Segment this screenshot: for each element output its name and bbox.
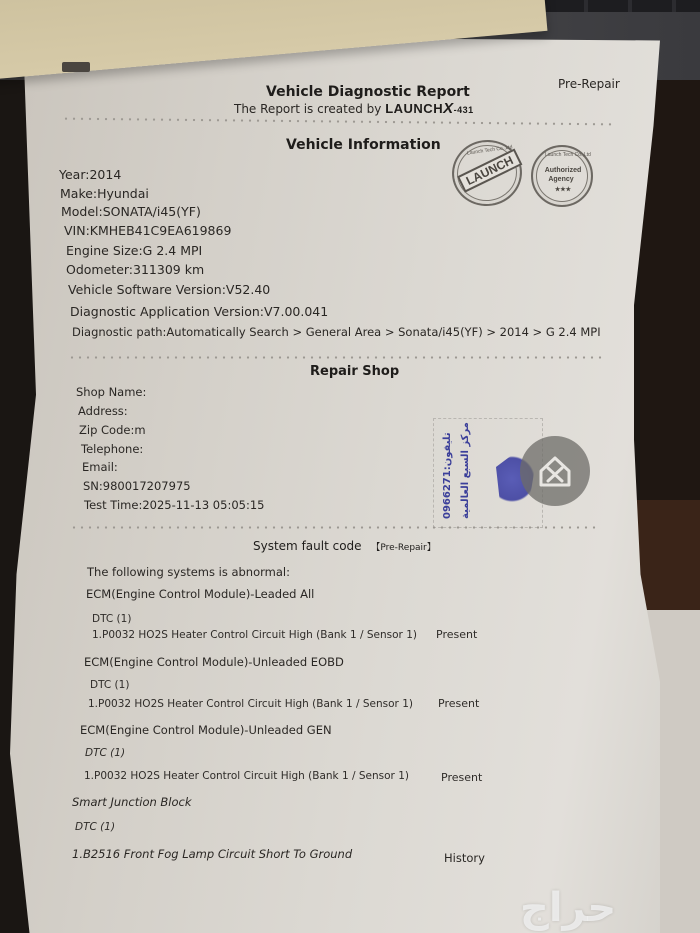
repair-shop-heading: Repair Shop [310,364,399,379]
divider-dotted [62,117,614,126]
field-shop-name: Shop Name: [76,385,146,399]
fault-code-heading: System fault code 【Pre-Repair】 [253,539,436,553]
field-email: Email: [82,460,118,474]
dtc-count: DTC (1) [92,613,131,625]
field-software-version: Vehicle Software Version:V52.40 [68,282,270,297]
field-telephone: Telephone: [81,442,143,456]
dtc-count: DTC (1) [90,679,129,691]
agency-stamp-line1: Authorized [543,167,583,175]
haraj-watermark: حراج [520,885,616,931]
dtc-status: Present [441,771,482,784]
dtc-code: 1.P0032 HO2S Heater Control Circuit High… [92,629,417,641]
field-make: Make:Hyundai [60,186,149,201]
agency-stamp-stars: ★★★ [543,186,583,194]
divider-dotted [70,526,600,529]
fault-code-heading-text: System fault code [253,539,362,553]
shop-stamp-phone: 0966271:تليفون [442,432,453,519]
fault-code-heading-tag: 【Pre-Repair】 [371,543,435,553]
vehicle-info-heading: Vehicle Information [286,137,441,153]
dtc-code: 1.P0032 HO2S Heater Control Circuit High… [84,770,409,782]
report-content: Vehicle Diagnostic Report The Report is … [0,0,700,933]
launch-brand-logo: LAUNCHX-431 [385,101,473,116]
field-app-version: Diagnostic Application Version:V7.00.041 [70,304,328,319]
dtc-count: DTC (1) [85,747,125,759]
field-zip-code: Zip Code:m [79,423,146,437]
system-name: ECM(Engine Control Module)-Unleaded EOBD [84,655,344,669]
agency-stamp-line2: Agency [543,176,579,184]
authorized-agency-stamp: Launch Tech Co.,Ltd Authorized Agency ★★… [531,145,593,207]
field-model: Model:SONATA/i45(YF) [61,204,201,219]
field-test-time: Test Time:2025-11-13 05:05:15 [84,498,264,512]
dtc-code: 1.B2516 Front Fog Lamp Circuit Short To … [72,847,352,861]
divider-dotted [68,356,603,359]
brand-name: LAUNCH [385,101,443,116]
field-odometer: Odometer:311309 km [66,262,204,277]
fault-intro: The following systems is abnormal: [87,565,290,579]
shop-stamp-name: مركز السبع العالمية [460,422,471,519]
created-by-prefix: The Report is created by [234,102,381,116]
system-name: Smart Junction Block [72,795,192,809]
field-year: Year:2014 [59,167,121,182]
stage-label: Pre-Repair [558,77,620,91]
agency-stamp-ring-text: Launch Tech Co.,Ltd [545,152,591,158]
report-title: Vehicle Diagnostic Report [266,84,470,100]
dtc-count: DTC (1) [75,821,115,833]
system-name: ECM(Engine Control Module)-Unleaded GEN [80,723,332,737]
brand-model: -431 [454,105,474,115]
dtc-status: History [444,851,485,865]
field-serial-number: SN:980017207975 [83,479,191,493]
field-engine-size: Engine Size:G 2.4 MPI [66,243,202,258]
field-diagnostic-path: Diagnostic path:Automatically Search > G… [72,325,601,339]
report-created-by: The Report is created by LAUNCHX-431 [234,100,474,117]
dtc-status: Present [436,628,477,641]
launch-stamp: Launch Tech Co.,Ltd LAUNCH [448,135,527,210]
field-address: Address: [78,404,128,418]
field-vin: VIN:KMHEB41C9EA619869 [64,223,231,238]
dtc-code: 1.P0032 HO2S Heater Control Circuit High… [88,698,413,710]
brand-x: X [443,100,454,117]
system-name: ECM(Engine Control Module)-Leaded All [86,587,314,601]
dtc-status: Present [438,697,479,710]
house-tools-icon [520,436,590,506]
